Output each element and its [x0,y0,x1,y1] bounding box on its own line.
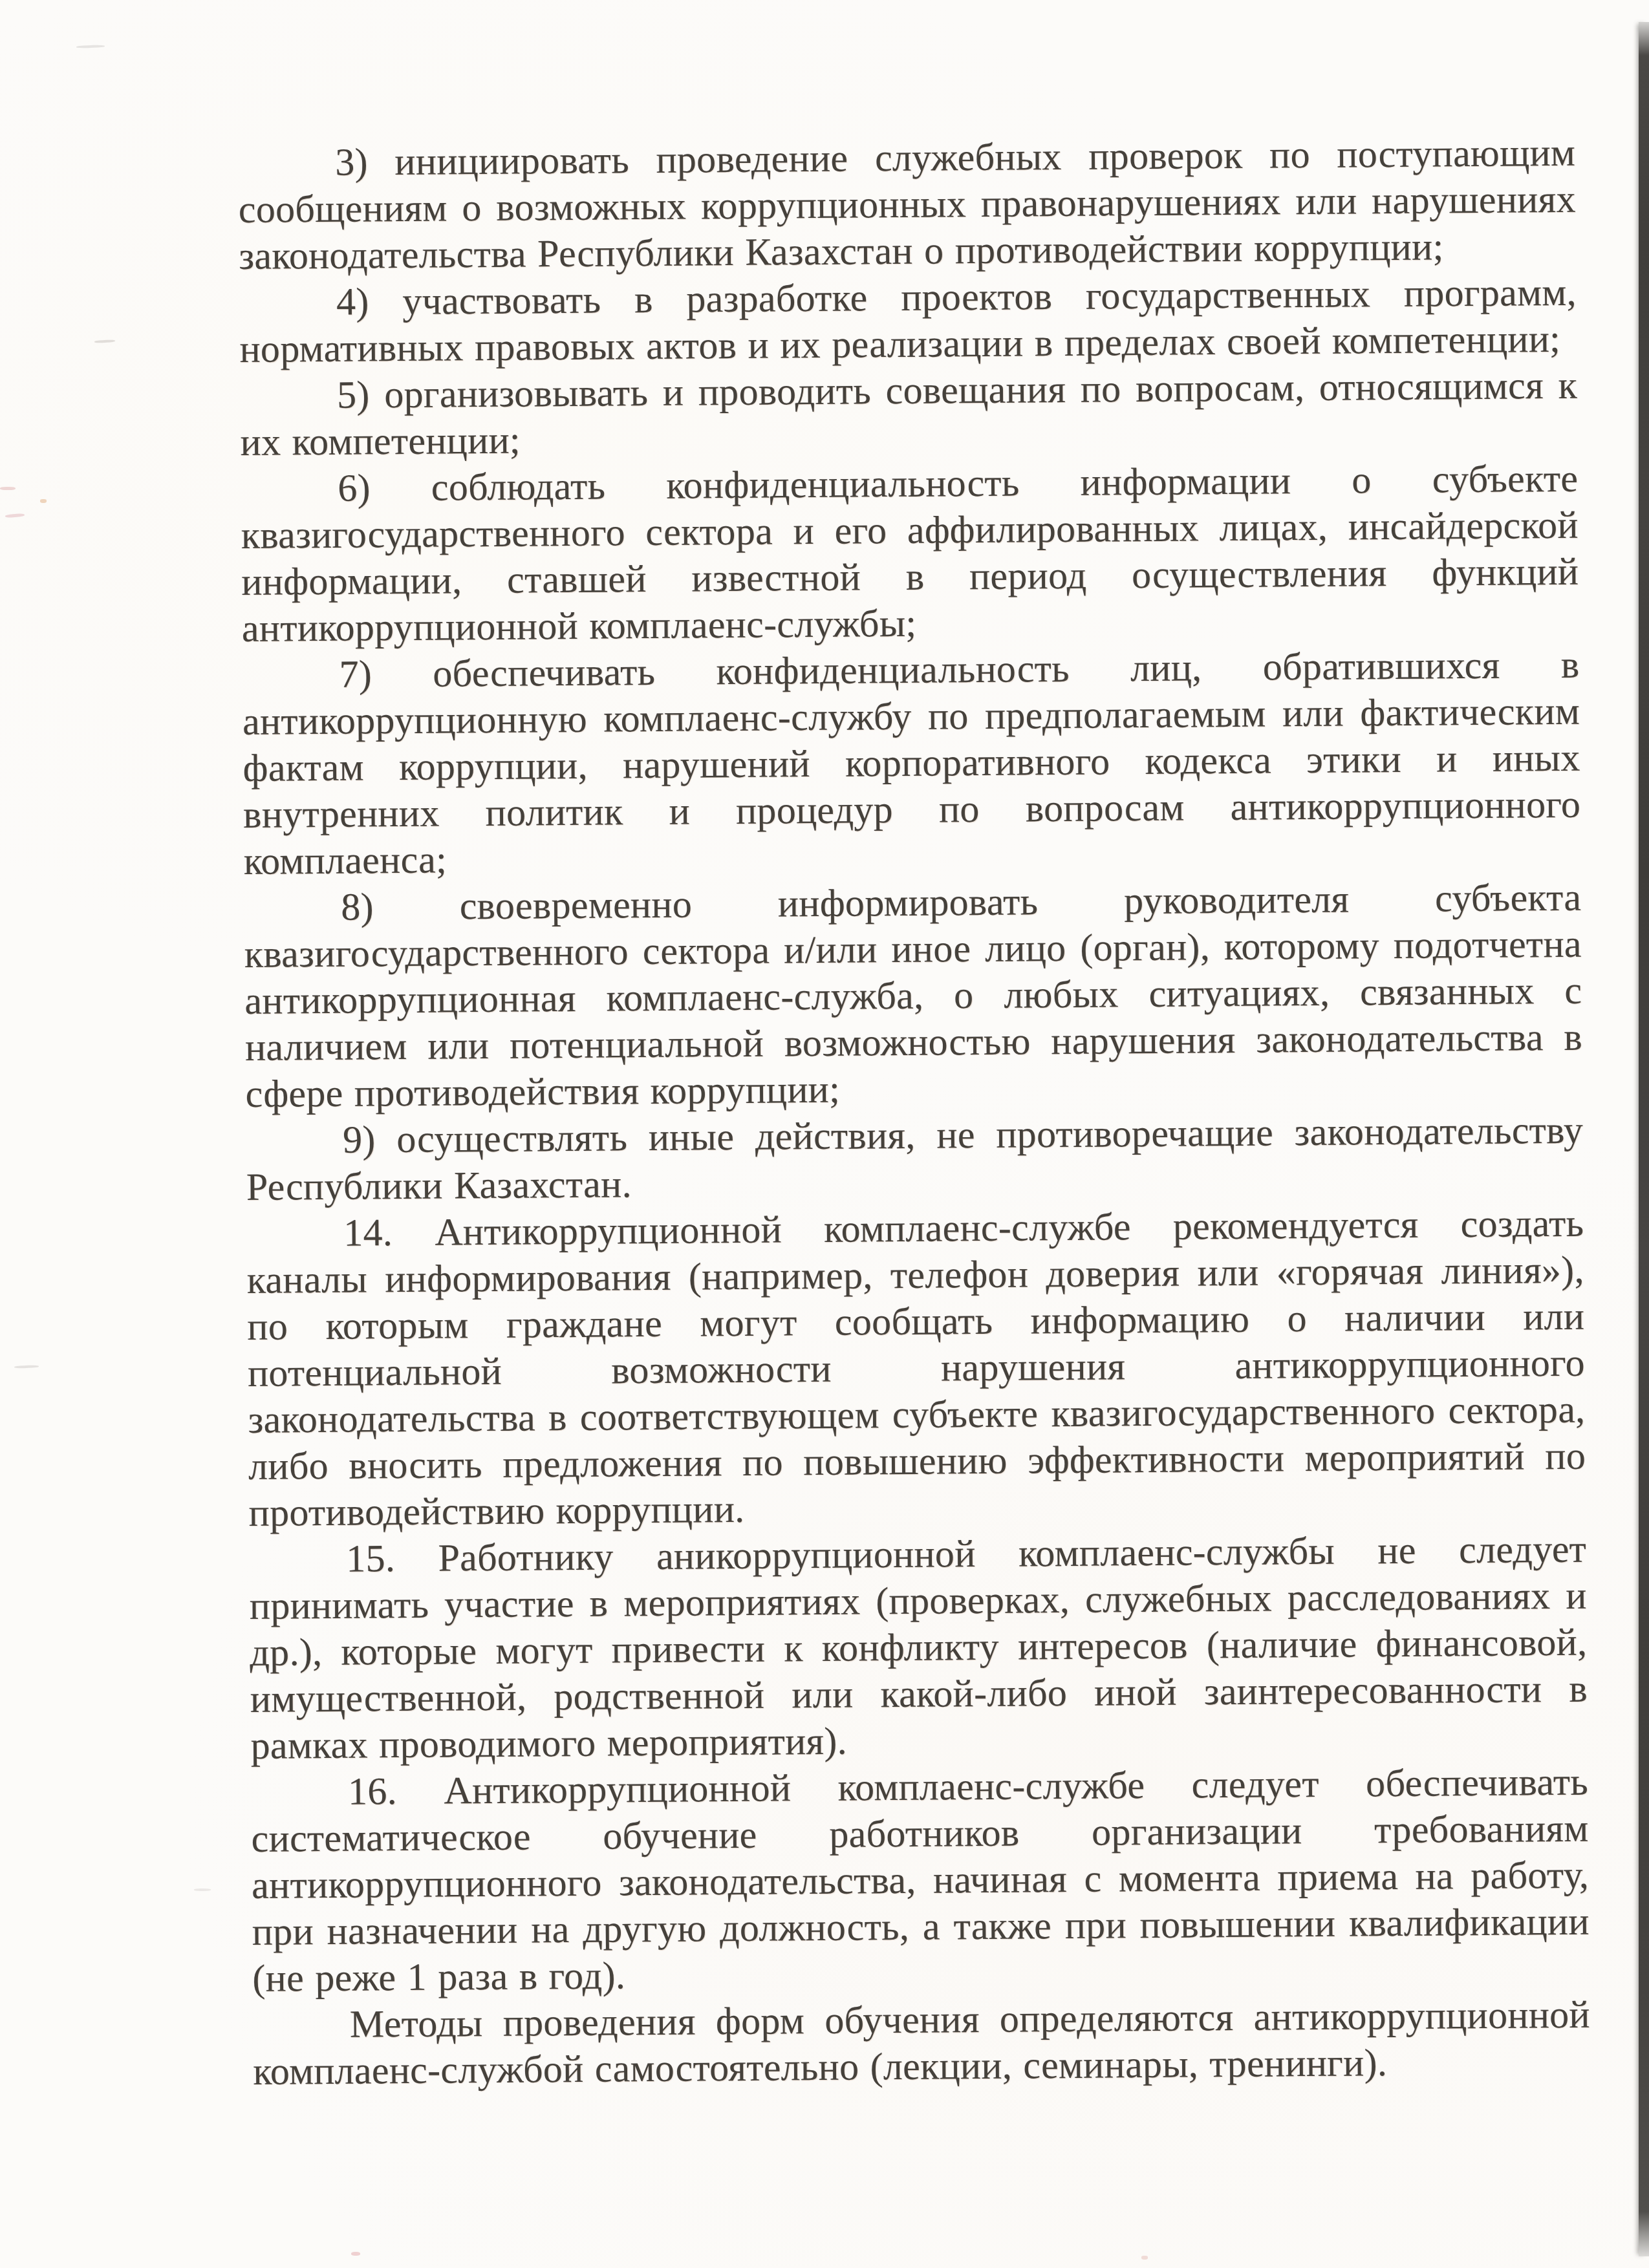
paragraph: Методы проведения форм обучения определя… [253,1991,1591,2095]
paragraph: 9) осуществлять иные действия, не против… [246,1107,1584,1210]
scanned-page: 3) инициировать проведение служебных про… [0,0,1649,2268]
document-text: 3) инициировать проведение служебных про… [238,129,1591,2095]
scan-speck [40,499,47,503]
scan-speck [5,513,25,518]
paragraph: 5) организовывать и проводить совещания … [240,362,1578,465]
paragraph: 7) обеспечивать конфиденциальность лиц, … [242,641,1581,884]
scan-speck [94,339,115,343]
paragraph: 4) участвовать в разработке проектов гос… [239,269,1577,372]
scan-speck [194,1888,211,1891]
paragraph: 16. Антикоррупционной комплаенс-службе с… [251,1759,1590,2002]
scan-speck [351,2252,360,2256]
scan-speck [0,487,16,490]
paragraph: 6) соблюдать конфиденциальность информац… [241,455,1579,652]
scan-speck [76,45,105,48]
scan-speck [14,1365,39,1368]
scanner-edge-shadow [1639,22,1649,2256]
paragraph: 15. Работнику аникоррупционной комплаенс… [249,1526,1588,1769]
scan-speck [1141,2256,1148,2260]
paragraph: 3) инициировать проведение служебных про… [238,129,1577,279]
paragraph: 8) своевременно информировать руководите… [244,874,1583,1117]
paragraph: 14. Антикоррупционной комплаенс-службе р… [246,1200,1586,1536]
